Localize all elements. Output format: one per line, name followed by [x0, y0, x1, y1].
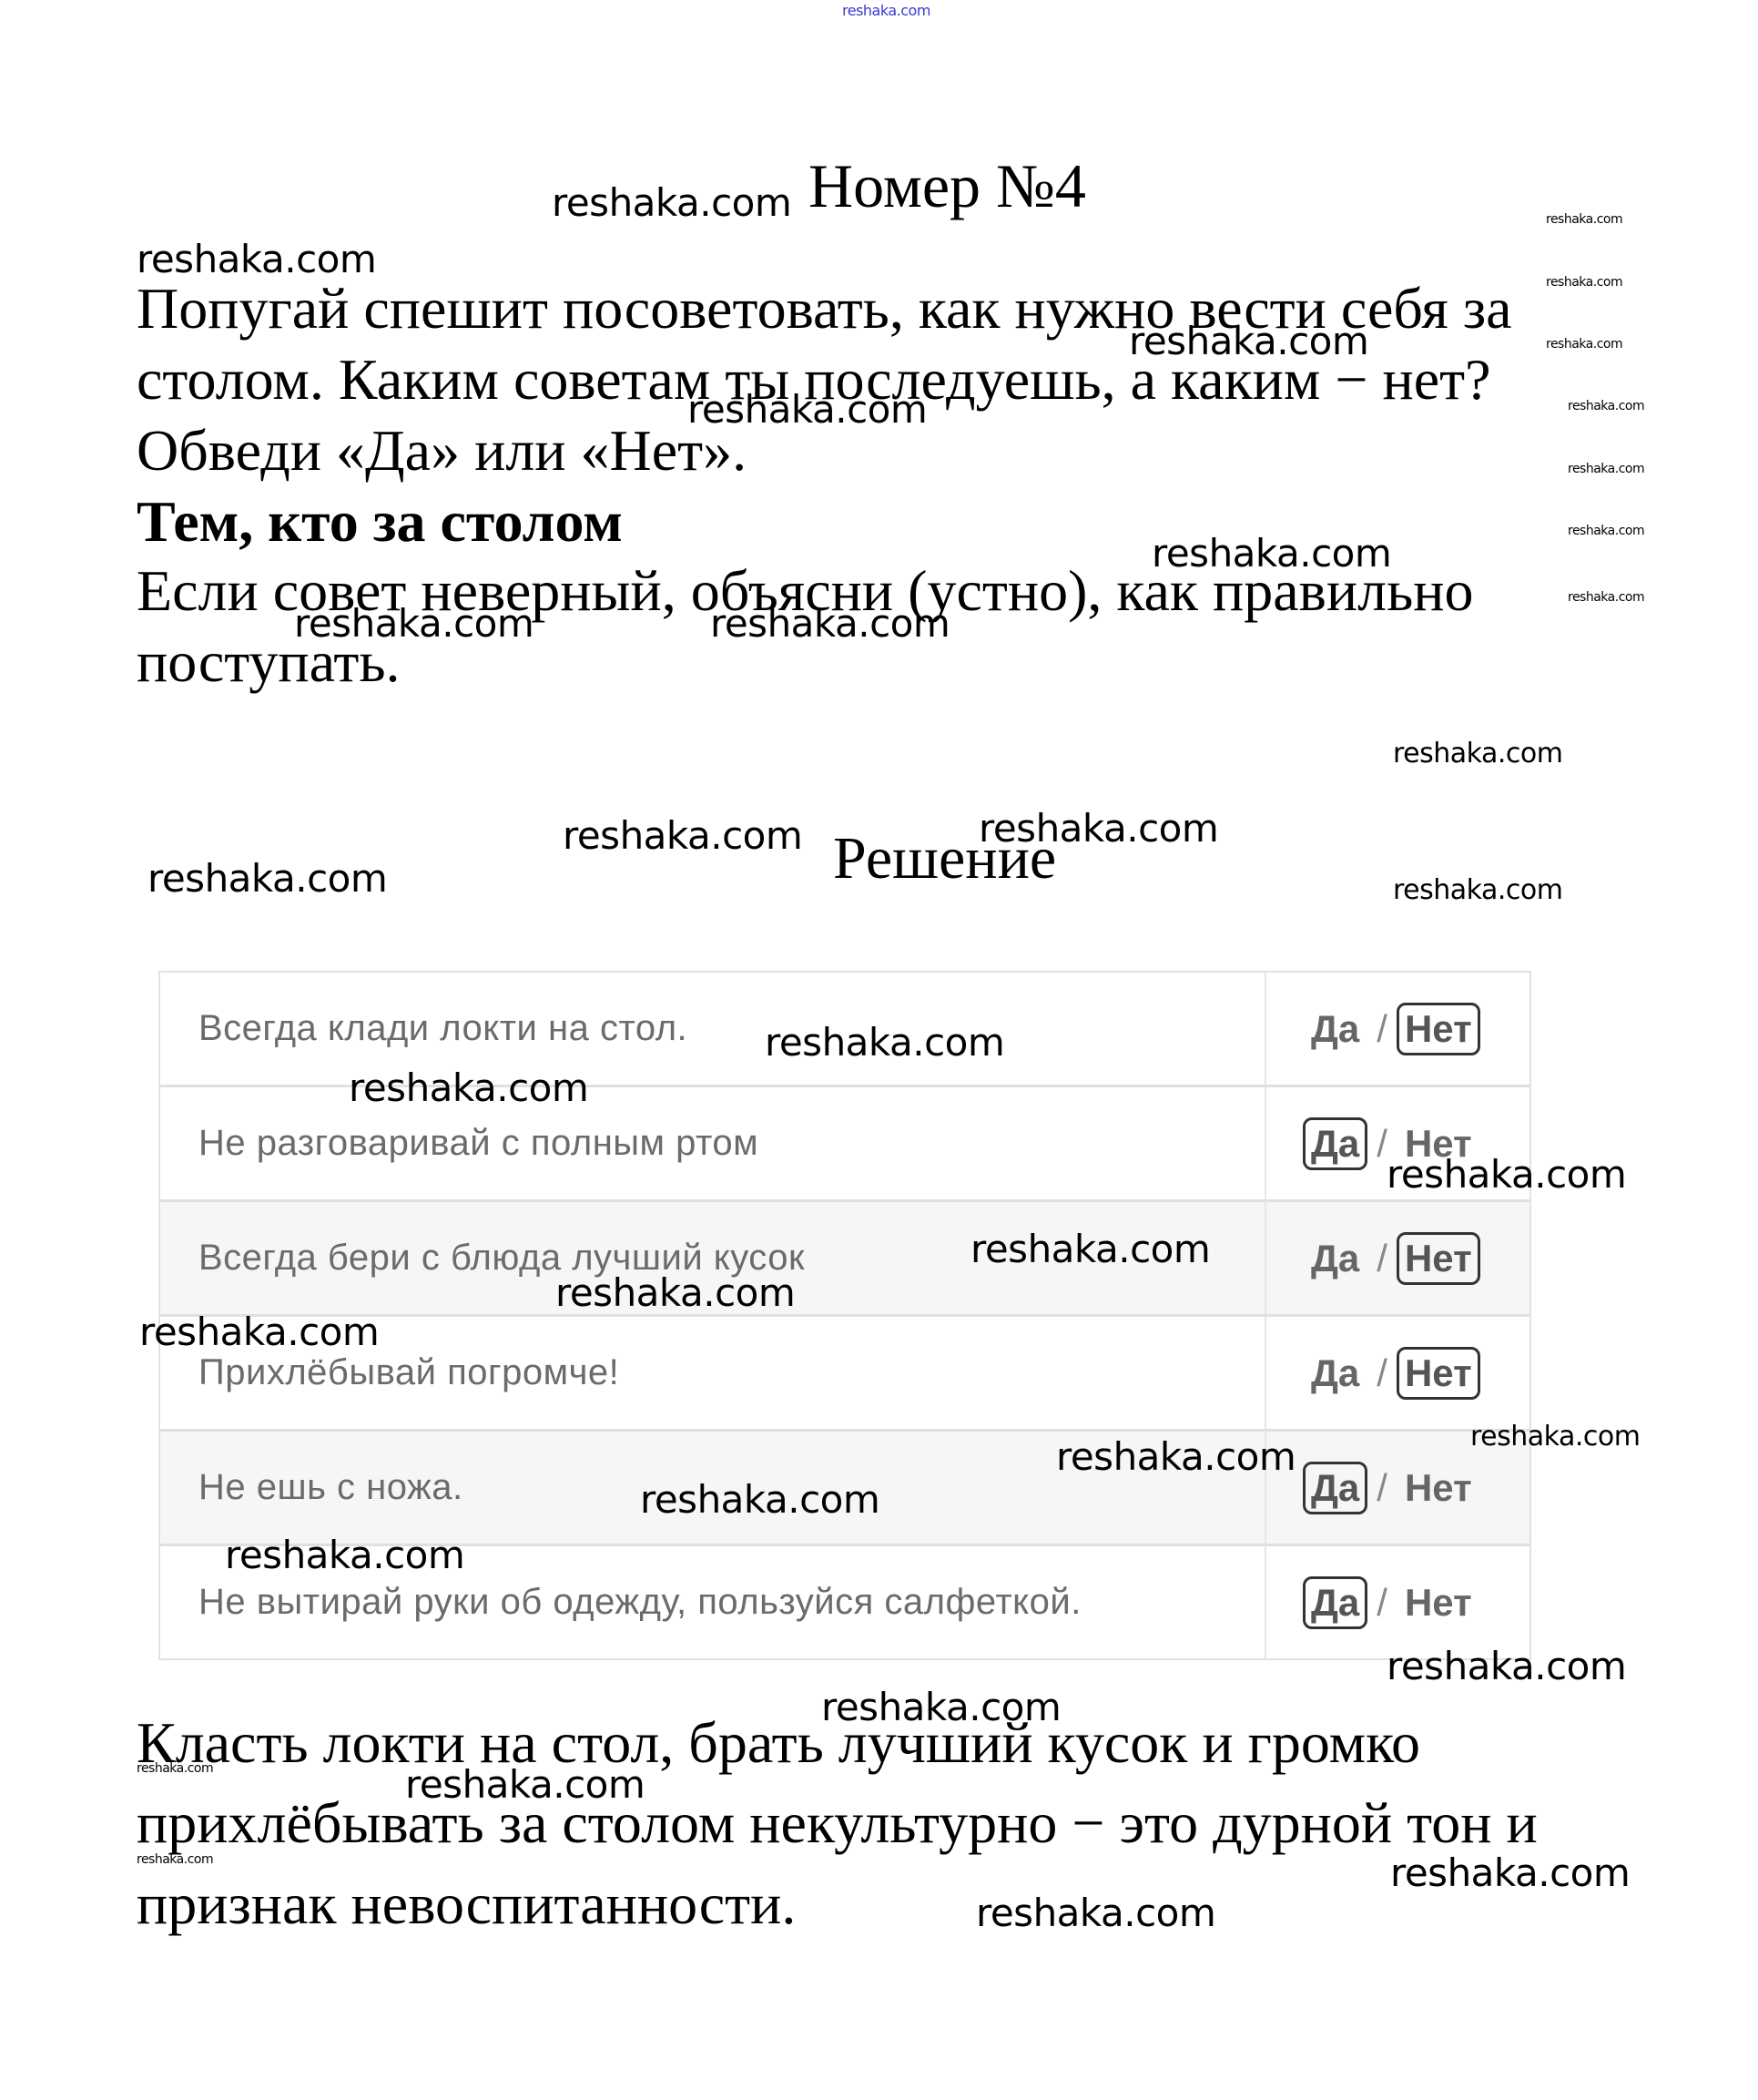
watermark: reshaka.com [1546, 212, 1622, 227]
conclusion-line-1: Класть локти на стол, брать лучший кусок… [137, 1708, 1420, 1779]
watermark: reshaka.com [1393, 874, 1563, 906]
watermark: reshaka.com [139, 1310, 379, 1354]
watermark: reshaka.com [687, 387, 927, 432]
watermark: reshaka.com [137, 1852, 213, 1867]
watermark: reshaka.com [1387, 1152, 1626, 1197]
watermark: reshaka.com [976, 1891, 1215, 1935]
advice-text: Всегда клади локти на стол. [160, 973, 1266, 1085]
watermark: reshaka.com [640, 1477, 879, 1522]
option-yes[interactable]: Да [1303, 1232, 1367, 1285]
watermark: reshaka.com [225, 1533, 464, 1577]
watermark: reshaka.com [137, 237, 376, 281]
watermark: reshaka.com [405, 1762, 645, 1807]
watermark: reshaka.com [349, 1065, 588, 1110]
separator: / [1377, 1007, 1387, 1051]
watermark: reshaka.com [563, 813, 802, 858]
watermark: reshaka.com [1568, 399, 1644, 413]
answer-choice: Да/Нет [1266, 1546, 1529, 1658]
option-no[interactable]: Нет [1397, 1576, 1480, 1629]
watermark: reshaka.com [1387, 1644, 1626, 1688]
answer-choice: Да/Нет [1266, 1202, 1529, 1314]
watermark: reshaka.com [1546, 337, 1622, 352]
watermark: reshaka.com [1470, 1421, 1641, 1453]
separator: / [1377, 1581, 1387, 1625]
watermark: reshaka.com [1568, 590, 1644, 605]
watermark: reshaka.com [1393, 738, 1563, 770]
option-yes[interactable]: Да [1303, 1347, 1367, 1400]
separator: / [1377, 1351, 1387, 1395]
advice-text: Не разговаривай с полным ртом [160, 1087, 1266, 1199]
option-yes-circled[interactable]: Да [1303, 1462, 1367, 1514]
table-row: Всегда бери с блюда лучший кусок Да/Нет [160, 1202, 1529, 1317]
watermark: reshaka.com [970, 1227, 1210, 1271]
watermark: reshaka.com [147, 856, 387, 901]
answer-choice: Да/Нет [1266, 973, 1529, 1085]
option-no-circled[interactable]: Нет [1397, 1232, 1480, 1285]
watermark: reshaka.com [294, 601, 533, 646]
task-line-3: Обведи «Да» или «Нет». [137, 415, 747, 486]
conclusion-line-3: признак невоспитанности. [137, 1869, 796, 1940]
watermark: reshaka.com [1129, 319, 1368, 363]
watermark: reshaka.com [1390, 1850, 1630, 1895]
conclusion-line-2: прихлёбывать за столом некультурно − это… [137, 1788, 1538, 1859]
watermark: reshaka.com [979, 806, 1218, 851]
answer-choice: Да/Нет [1266, 1317, 1529, 1429]
watermark: reshaka.com [1152, 531, 1391, 576]
option-no-circled[interactable]: Нет [1397, 1347, 1480, 1400]
separator: / [1377, 1466, 1387, 1510]
watermark: reshaka.com [710, 601, 950, 646]
subheading: Тем, кто за столом [137, 486, 623, 557]
watermark: reshaka.com [1568, 524, 1644, 538]
watermark: reshaka.com [137, 1761, 213, 1776]
option-no[interactable]: Нет [1397, 1462, 1480, 1514]
option-yes-circled[interactable]: Да [1303, 1576, 1367, 1629]
watermark: reshaka.com [552, 180, 791, 225]
option-no-circled[interactable]: Нет [1397, 1003, 1480, 1055]
watermark: reshaka.com [1056, 1434, 1296, 1479]
page-title: Номер №4 [808, 150, 1086, 222]
watermark: reshaka.com [1546, 275, 1622, 290]
watermark: reshaka.com [821, 1685, 1061, 1729]
watermark: reshaka.com [765, 1020, 1004, 1065]
watermark: reshaka.com [1568, 462, 1644, 476]
watermark: reshaka.com [555, 1270, 795, 1315]
option-yes-circled[interactable]: Да [1303, 1117, 1367, 1170]
option-yes[interactable]: Да [1303, 1003, 1367, 1055]
separator: / [1377, 1237, 1387, 1280]
header-watermark: reshaka.com [842, 2, 930, 19]
